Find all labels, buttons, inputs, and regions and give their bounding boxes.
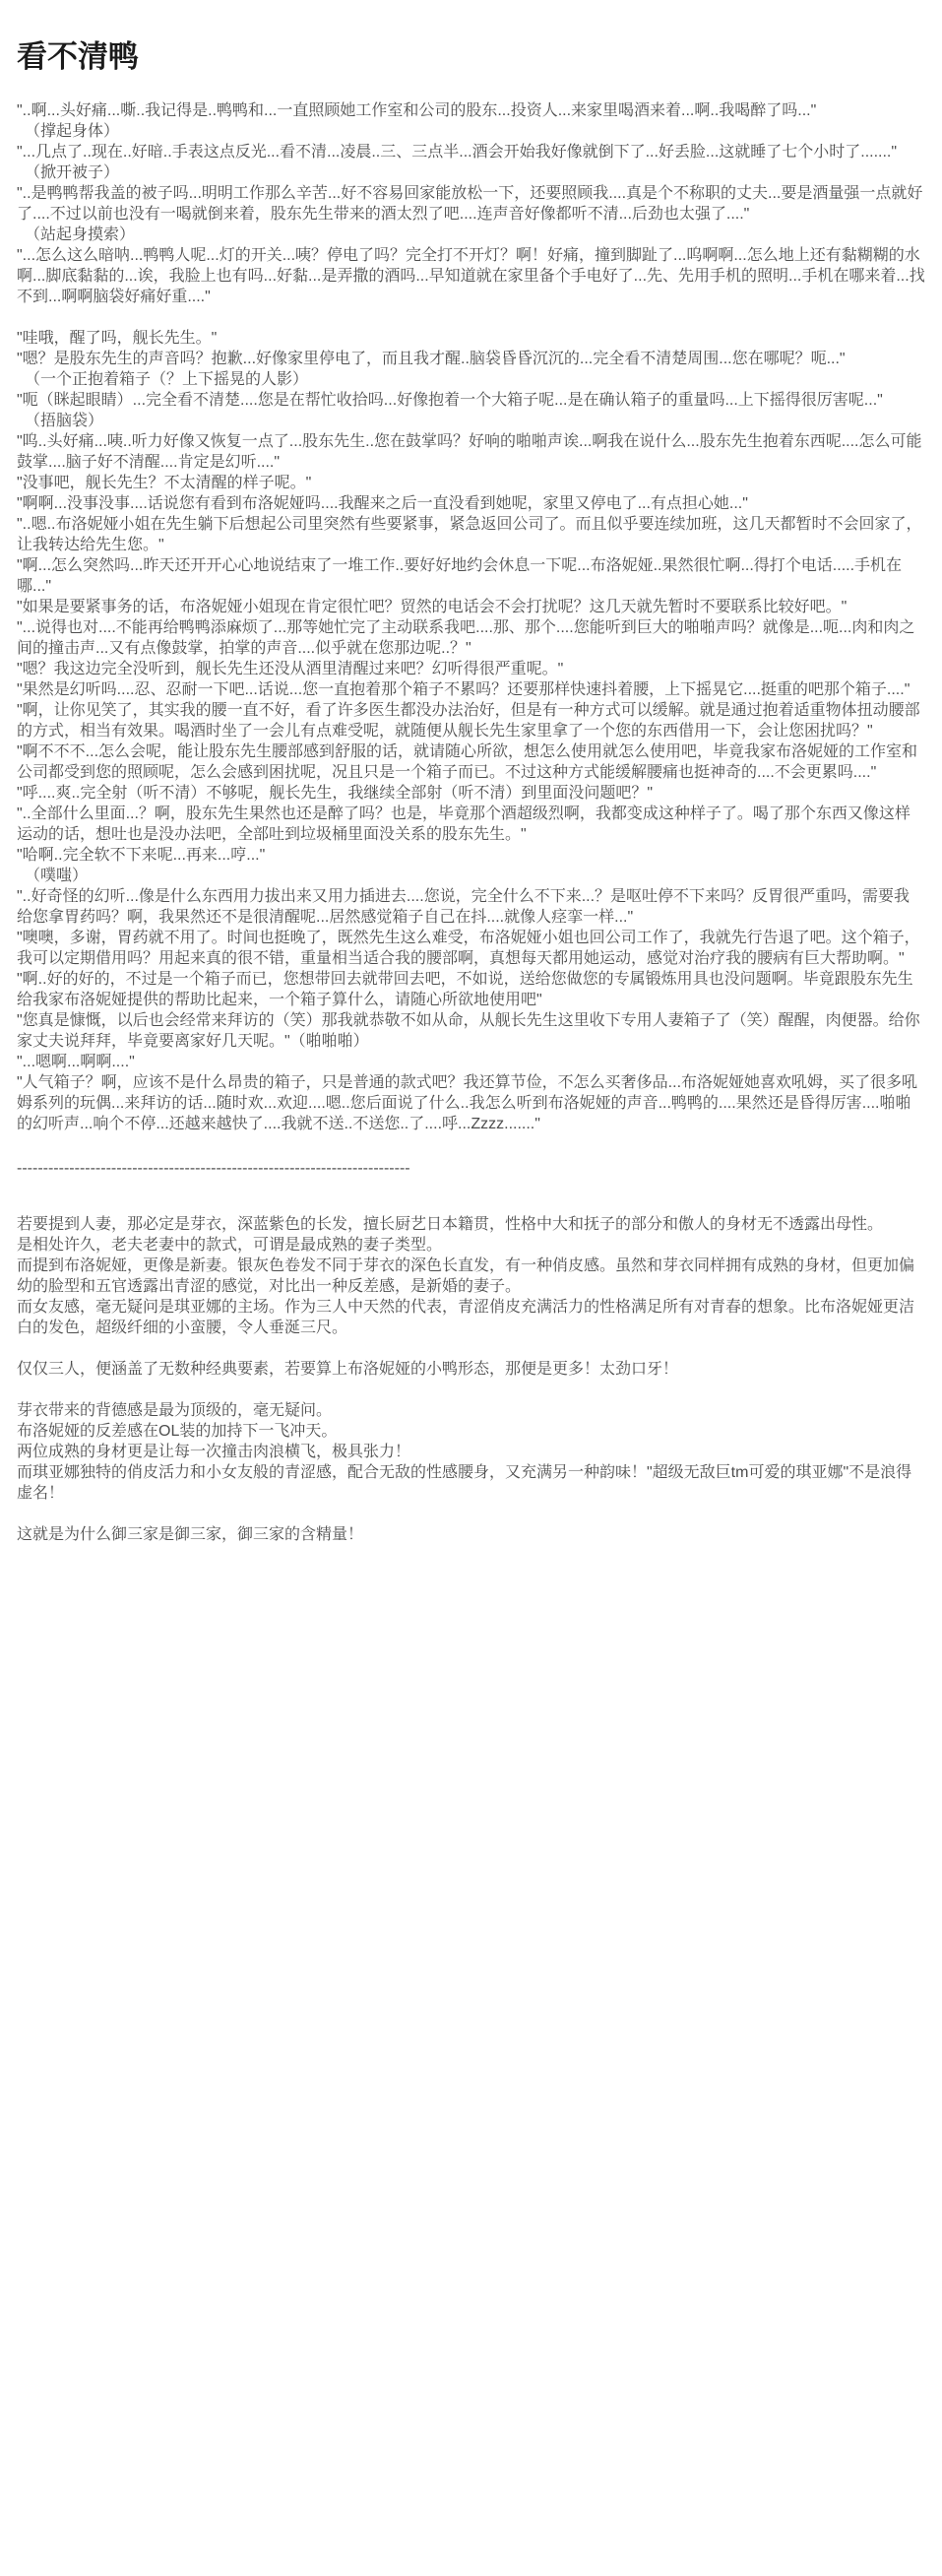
- afterword-line: 是相处许久，老夫老妻中的款式，可谓是最成熟的妻子类型。: [17, 1235, 925, 1256]
- story-line: "如果是要紧事务的话，布洛妮娅小姐现在肯定很忙吧？贸然的电话会不会打扰呢？这几天…: [17, 597, 925, 617]
- afterword-line: 仅仅三人，便涵盖了无数种经典要素，若要算上布洛妮娅的小鸭形态，那便是更多！太劲口…: [17, 1359, 925, 1380]
- story-line: （撑起身体）: [17, 121, 925, 142]
- story-line: "..好奇怪的幻听...像是什么东西用力拔出来又用力插进去....您说，完全什么…: [17, 886, 925, 928]
- story-line: （噗嗤）: [17, 866, 925, 886]
- story-lines: "..啊...头好痛...嘶..我记得是..鸭鸭和...一直照顾她工作室和公司的…: [17, 100, 925, 1134]
- story-line: "...怎么这么暗呐...鸭鸭人呢...灯的开关...咦？停电了吗？完全打不开灯…: [17, 245, 925, 307]
- story-line: （站起身摸索）: [17, 225, 925, 245]
- afterword-line: 若要提到人妻，那必定是芽衣，深蓝紫色的长发，擅长厨艺日本籍贯，性格中大和抚子的部…: [17, 1214, 925, 1235]
- story-line: [17, 307, 925, 328]
- story-line: "...说得也对....不能再给鸭鸭添麻烦了...那等她忙完了主动联系我吧...…: [17, 617, 925, 659]
- story-line: "啊..好的好的，不过是一个箱子而已，您想带回去就带回去吧，不如说，送给您做您的…: [17, 969, 925, 1010]
- afterword-line: [17, 1338, 925, 1359]
- page-title: 看不清鸭: [17, 39, 925, 75]
- story-line: "噢噢，多谢，胃药就不用了。时间也挺晚了，既然先生这么难受，布洛妮娅小姐也回公司…: [17, 928, 925, 969]
- story-line: "啊...怎么突然吗...昨天还开开心心地说结束了一堆工作..要好好地约会休息一…: [17, 555, 925, 597]
- afterword-line: 而琪亚娜独特的俏皮活力和小女友般的青涩感，配合无敌的性感腰身，又充满另一种韵味！…: [17, 1462, 925, 1504]
- story-line: "嗯？是股东先生的声音吗？抱歉...好像家里停电了，而且我才醒..脑袋昏昏沉沉的…: [17, 349, 925, 369]
- story-line: "没事吧，舰长先生？不太清醒的样子呢。": [17, 473, 925, 493]
- story-line: （捂脑袋）: [17, 411, 925, 431]
- document-page: 看不清鸭 "..啊...头好痛...嘶..我记得是..鸭鸭和...一直照顾她工作…: [0, 0, 942, 2576]
- afterword-lines: 若要提到人妻，那必定是芽衣，深蓝紫色的长发，擅长厨艺日本籍贯，性格中大和抚子的部…: [17, 1214, 925, 1545]
- story-line: "啊，让你见笑了，其实我的腰一直不好，看了许多医生都没办法治好，但是有一种方式可…: [17, 700, 925, 741]
- story-line: "您真是慷慨，以后也会经常来拜访的（笑）那我就恭敬不如从命，从舰长先生这里收下专…: [17, 1010, 925, 1052]
- story-line: "啊啊...没事没事....话说您有看到布洛妮娅吗....我醒来之后一直没看到她…: [17, 493, 925, 514]
- story-line: "..嗯..布洛妮娅小姐在先生躺下后想起公司里突然有些要紧事，紧急返回公司了。而…: [17, 514, 925, 555]
- afterword-line: 而提到布洛妮娅，更像是新妻。银灰色卷发不同于芽衣的深色长直发，有一种俏皮感。虽然…: [17, 1256, 925, 1297]
- story-line: "啊不不不...怎么会呢，能让股东先生腰部感到舒服的话，就请随心所欲，想怎么使用…: [17, 741, 925, 783]
- afterword-line: [17, 1380, 925, 1400]
- story-line: "...几点了..现在..好暗..手表这点反光...看不清...凌晨..三、三点…: [17, 142, 925, 162]
- story-line: "嗯？我这边完全没听到，舰长先生还没从酒里清醒过来吧？幻听得很严重呢。": [17, 659, 925, 679]
- story-line: （一个正抱着箱子（？上下摇晃的人影）: [17, 369, 925, 390]
- story-line: "呃（眯起眼睛）...完全看不清楚....您是在帮忙收拾吗...好像抱着一个大箱…: [17, 390, 925, 411]
- story-line: "..全部什么里面...？啊，股东先生果然也还是醉了吗？也是，毕竟那个酒超级烈啊…: [17, 804, 925, 845]
- story-line: "哈啊..完全软不下来呢...再来...哼...": [17, 845, 925, 866]
- story-line: "...嗯啊...啊啊....": [17, 1052, 925, 1072]
- story-line: "..是鸭鸭帮我盖的被子吗...明明工作那么辛苦...好不容易回家能放松一下，还…: [17, 183, 925, 225]
- afterword-line: 这就是为什么御三家是御三家，御三家的含精量！: [17, 1524, 925, 1545]
- story-line: "..啊...头好痛...嘶..我记得是..鸭鸭和...一直照顾她工作室和公司的…: [17, 100, 925, 121]
- afterword-line: [17, 1504, 925, 1524]
- story-line: "呼....爽..完全射（听不清）不够呢，舰长先生，我继续全部射（听不清）到里面…: [17, 783, 925, 804]
- afterword-line: 布洛妮娅的反差感在OL装的加持下一飞冲天。: [17, 1421, 925, 1442]
- afterword-line: 而女友感，毫无疑问是琪亚娜的主场。作为三人中天然的代表，青涩俏皮充满活力的性格满…: [17, 1297, 925, 1338]
- separator-line: ----------------------------------------…: [17, 1158, 925, 1179]
- afterword-line: 芽衣带来的背德感是最为顶级的，毫无疑问。: [17, 1400, 925, 1421]
- story-line: "哇哦，醒了吗，舰长先生。": [17, 328, 925, 349]
- story-line: （掀开被子）: [17, 162, 925, 183]
- afterword-line: 两位成熟的身材更是让每一次撞击肉浪横飞，极具张力！: [17, 1442, 925, 1462]
- story-line: "果然是幻听吗....忍、忍耐一下吧...话说...您一直抱着那个箱子不累吗？还…: [17, 679, 925, 700]
- story-line: "人气箱子？啊，应该不是什么昂贵的箱子，只是普通的款式吧？我还算节俭，不怎么买奢…: [17, 1072, 925, 1134]
- story-line: "呜..头好痛...咦..听力好像又恢复一点了...股东先生..您在鼓掌吗？好响…: [17, 431, 925, 473]
